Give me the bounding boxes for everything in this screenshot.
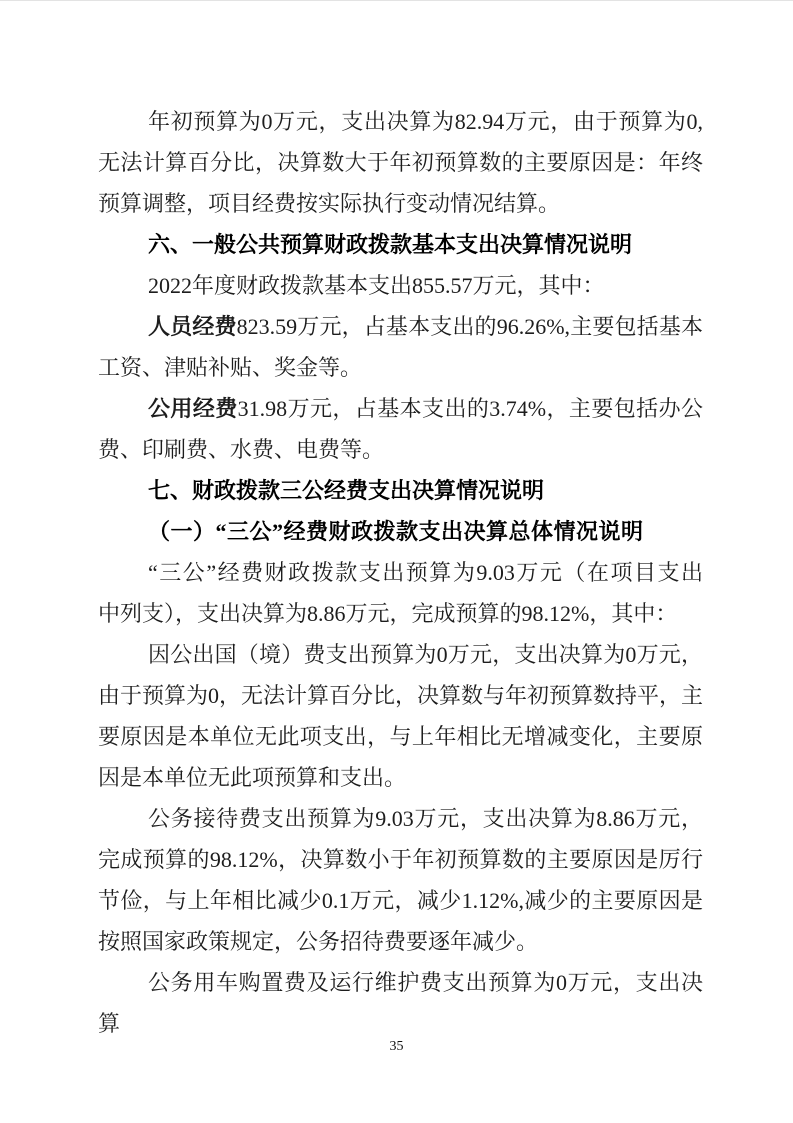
text-line: 2022年度财政拨款基本支出855.57万元，其中： — [98, 265, 703, 306]
text-line: 公用经费31.98万元，占基本支出的3.74%，主要包括办公 — [98, 388, 703, 429]
document-page: 年初预算为0万元，支出决算为82.94万元，由于预算为0, 无法计算百分比，决算… — [0, 0, 793, 1123]
document-content: 年初预算为0万元，支出决算为82.94万元，由于预算为0, 无法计算百分比，决算… — [98, 101, 703, 1044]
text-run: 823.59万元，占基本支出的96.26%,主要包括基本 — [237, 314, 703, 339]
paragraph-sangong-budget: “三公”经费财政拨款支出预算为9.03万元（在项目支出 中列支），支出决算为8.… — [98, 552, 703, 634]
paragraph-annual-budget: 年初预算为0万元，支出决算为82.94万元，由于预算为0, 无法计算百分比，决算… — [98, 101, 703, 224]
bold-term-personnel: 人员经费 — [148, 314, 237, 339]
text-line: 按照国家政策规定，公务招待费要逐年减少。 — [98, 921, 703, 962]
text-line: 工资、津贴补贴、奖金等。 — [98, 347, 703, 388]
heading-section-six: 六、一般公共预算财政拨款基本支出决算情况说明 — [98, 224, 703, 265]
text-line: 无法计算百分比，决算数大于年初预算数的主要原因是：年终 — [98, 142, 703, 183]
text-line: 中列支），支出决算为8.86万元，完成预算的98.12%，其中： — [98, 593, 703, 634]
text-line: 完成预算的98.12%，决算数小于年初预算数的主要原因是厉行 — [98, 839, 703, 880]
text-line: 人员经费823.59万元，占基本支出的96.26%,主要包括基本 — [98, 306, 703, 347]
paragraph-basic-expenditure-total: 2022年度财政拨款基本支出855.57万元，其中： — [98, 265, 703, 306]
bold-term-public: 公用经费 — [148, 396, 238, 421]
text-line: 费、印刷费、水费、电费等。 — [98, 429, 703, 470]
text-line: 预算调整，项目经费按实际执行变动情况结算。 — [98, 183, 703, 224]
page-number: 35 — [0, 1039, 793, 1055]
heading-sangong-overview: （一）“三公”经费财政拨款支出决算总体情况说明 — [98, 511, 703, 552]
text-line: “三公”经费财政拨款支出预算为9.03万元（在项目支出 — [98, 552, 703, 593]
text-run: 31.98万元，占基本支出的3.74%，主要包括办公 — [238, 396, 703, 421]
paragraph-overseas-trips: 因公出国（境）费支出预算为0万元，支出决算为0万元， 由于预算为0，无法计算百分… — [98, 634, 703, 798]
text-line: 公务用车购置费及运行维护费支出预算为0万元，支出决算 — [98, 962, 703, 1044]
text-line: 由于预算为0，无法计算百分比，决算数与年初预算数持平，主 — [98, 675, 703, 716]
text-line: 年初预算为0万元，支出决算为82.94万元，由于预算为0, — [98, 101, 703, 142]
text-line: 公务接待费支出预算为9.03万元，支出决算为8.86万元， — [98, 798, 703, 839]
paragraph-public-funds: 公用经费31.98万元，占基本支出的3.74%，主要包括办公 费、印刷费、水费、… — [98, 388, 703, 470]
paragraph-official-reception: 公务接待费支出预算为9.03万元，支出决算为8.86万元， 完成预算的98.12… — [98, 798, 703, 962]
paragraph-official-vehicles: 公务用车购置费及运行维护费支出预算为0万元，支出决算 — [98, 962, 703, 1044]
text-line: 因公出国（境）费支出预算为0万元，支出决算为0万元， — [98, 634, 703, 675]
paragraph-personnel-funds: 人员经费823.59万元，占基本支出的96.26%,主要包括基本 工资、津贴补贴… — [98, 306, 703, 388]
text-line: 要原因是本单位无此项支出，与上年相比无增减变化，主要原 — [98, 716, 703, 757]
text-line: 节俭，与上年相比减少0.1万元，减少1.12%,减少的主要原因是 — [98, 880, 703, 921]
text-line: 因是本单位无此项预算和支出。 — [98, 757, 703, 798]
heading-section-seven: 七、财政拨款三公经费支出决算情况说明 — [98, 470, 703, 511]
